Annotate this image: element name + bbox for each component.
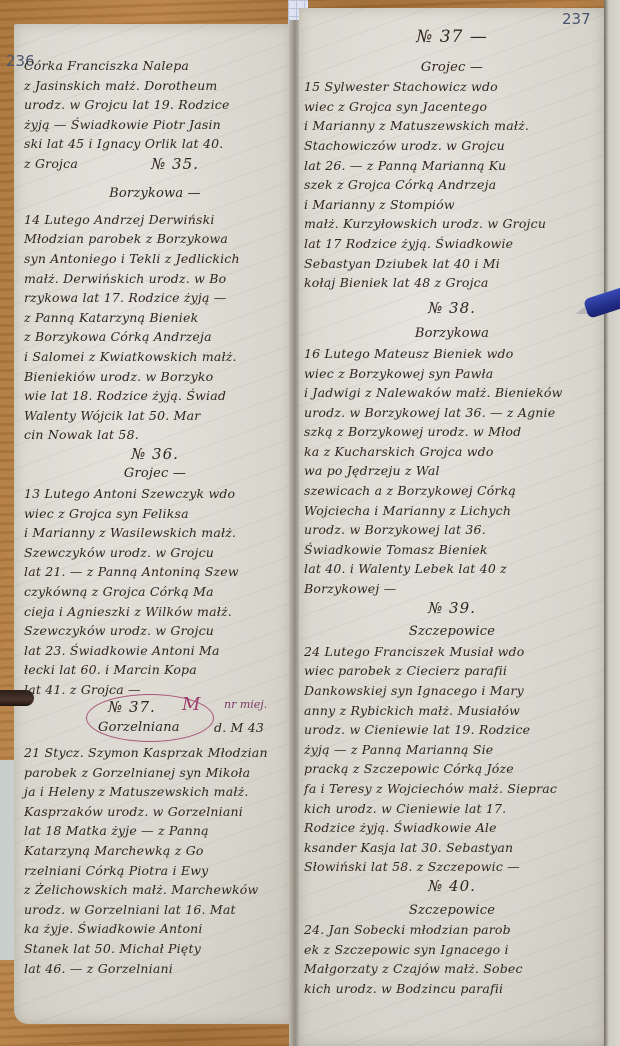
text-line: ja i Heleny z Matuszewskich małż. <box>24 782 286 802</box>
entry-number: № 39. <box>304 599 600 619</box>
entry-number: № 38. <box>304 299 600 319</box>
text-line: czykówną z Grojca Córką Ma <box>24 582 286 602</box>
text-line: lat 18 Matka żyje — z Panną <box>24 821 286 841</box>
text-line: ka żyje. Świadkowie Antoni <box>24 919 286 939</box>
text-line: 13 Lutego Antoni Szewczyk wdo <box>24 484 286 504</box>
text-line: łecki lat 60. i Marcin Kopa <box>24 660 286 680</box>
text-line: Stachowiczów urodz. w Grojcu <box>304 136 600 156</box>
text-line: Borzykowej — <box>304 579 600 599</box>
text-line: ksander Kasja lat 30. Sebastyan <box>304 838 600 858</box>
text-line: cieja i Agnieszki z Wilków małż. <box>24 602 286 622</box>
text-line: kich urodz. w Bodzincu parafii <box>304 979 600 999</box>
text-line: szką z Borzykowej urodz. w Młod <box>304 422 600 442</box>
text-line: z Borzykowa Córką Andrzeja <box>24 327 286 347</box>
text-line: Wojciecha i Marianny z Lichych <box>304 501 600 521</box>
text-line: i Marianny z Wasilewskich małż. <box>24 523 286 543</box>
text-line: małż. Derwińskich urodz. w Bo <box>24 269 286 289</box>
text-line: fa i Teresy z Wojciechów małż. Sieprac <box>304 779 600 799</box>
text-line: Szewczyków urodz. w Grojcu <box>24 543 286 563</box>
text-line: rzykowa lat 17. Rodzice żyją — <box>24 288 286 308</box>
text-line: parobek z Gorzelnianej syn Mikoła <box>24 763 286 783</box>
text-line: szek z Grojca Córką Andrzeja <box>304 175 600 195</box>
side-annotation: nr miej. <box>224 698 267 711</box>
text-line: anny z Rybickich małż. Musiałów <box>304 701 600 721</box>
entry-place: Szczepowice <box>304 901 600 921</box>
text-line: Sebastyan Dziubek lat 40 i Mi <box>304 254 600 274</box>
text-line: lat 17 Rodzice żyją. Świadkowie <box>304 234 600 254</box>
text-line: 21 Stycz. Szymon Kasprzak Młodzian <box>24 743 286 763</box>
text-line: Małgorzaty z Czajów małż. Sobec <box>304 959 600 979</box>
text-line: i Marianny z Stompiów <box>304 195 600 215</box>
text-line: małż. Kurzyłowskich urodz. w Grojcu <box>304 214 600 234</box>
text-line: lat 40. i Walenty Lebek lat 40 z <box>304 559 600 579</box>
text-line: wiec z Borzykowej syn Pawła <box>304 364 600 384</box>
text-line: wie lat 18. Rodzice żyją. Świad <box>24 386 286 406</box>
place-annotation: d. M 43 <box>214 718 264 738</box>
text-line: Kasprzaków urodz. w Gorzelniani <box>24 802 286 822</box>
text-line: 24 Lutego Franciszek Musiał wdo <box>304 642 600 662</box>
text-line: urodz. w Grojcu lat 19. Rodzice <box>24 95 286 115</box>
text-line: Słowiński lat 58. z Szczepowic — <box>304 857 600 877</box>
text-line: urodz. w Gorzelniani lat 16. Mat <box>24 900 286 920</box>
text-line: Dankowskiej syn Ignacego i Mary <box>304 681 600 701</box>
entry-number: № 36. <box>24 445 286 465</box>
text-line: szewicach a z Borzykowej Córką <box>304 481 600 501</box>
text-line: Stanek lat 50. Michał Pięty <box>24 939 286 959</box>
text-line: z Panną Katarzyną Bieniek <box>24 308 286 328</box>
text-line: z Żelichowskich małż. Marchewków <box>24 880 286 900</box>
text-line: żyją — z Panną Marianną Sie <box>304 740 600 760</box>
text-line: rzelniani Córką Piotra i Ewy <box>24 861 286 881</box>
text-line: żyją — Świadkowie Piotr Jasin <box>24 115 286 135</box>
text-line: Młodzian parobek z Borzykowa <box>24 229 286 249</box>
entry-number: № 37. <box>108 698 156 718</box>
text-line: Szewczyków urodz. w Grojcu <box>24 621 286 641</box>
red-annotation-mark: M <box>182 694 200 715</box>
page-number-right: 237 <box>562 10 591 28</box>
text-line: urodz. w Borzykowej lat 36. <box>304 520 600 540</box>
text-line: 24. Jan Sobecki młodzian parob <box>304 920 600 940</box>
page-stack-edge <box>604 0 620 1046</box>
text-line: kich urodz. w Cieniewie lat 17. <box>304 799 600 819</box>
entry-number: № 40. <box>304 877 600 897</box>
text-line: syn Antoniego i Tekli z Jedlickich <box>24 249 286 269</box>
entry-place: Gorzelniana <box>98 718 180 738</box>
text-line: wiec z Grojca syn Feliksa <box>24 504 286 524</box>
text-line: cin Nowak lat 58. <box>24 425 286 445</box>
left-page-text: Córka Franciszka Nalepa z Jasinskich mał… <box>24 56 286 700</box>
text-line: 16 Lutego Mateusz Bieniek wdo <box>304 344 600 364</box>
entry-place: Borzykowa <box>304 324 600 344</box>
text-line: 15 Sylwester Stachowicz wdo <box>304 77 600 97</box>
text-line: Katarzyną Marchewką z Go <box>24 841 286 861</box>
text-line: lat 21. — z Panną Antoniną Szew <box>24 562 286 582</box>
text-line: lat 46. — z Gorzelniani <box>24 959 286 979</box>
text-line: z Jasinskich małż. Dorotheum <box>24 76 286 96</box>
text-line: wiec z Grojca syn Jacentego <box>304 97 600 117</box>
entry-number: № 37 — <box>304 28 600 48</box>
entry-place: Borzykowa — <box>24 184 286 204</box>
text-line: 14 Lutego Andrzej Derwiński <box>24 210 286 230</box>
text-line: ek z Szczepowic syn Ignacego i <box>304 940 600 960</box>
text-line: urodz. w Cieniewie lat 19. Rodzice <box>304 720 600 740</box>
text-line: wiec parobek z Ciecierz parafii <box>304 661 600 681</box>
left-entry-37-text: 21 Stycz. Szymon Kasprzak Młodzian parob… <box>24 743 286 978</box>
text-line: Rodzice żyją. Świadkowie Ale <box>304 818 600 838</box>
text-line: Świadkowie Tomasz Bieniek <box>304 540 600 560</box>
text-line: lat 23. Świadkowie Antoni Ma <box>24 641 286 661</box>
entry-place: Szczepowice <box>304 622 600 642</box>
text-line: i Marianny z Matuszewskich małż. <box>304 116 600 136</box>
text-line: wa po Jędrzeju z Wal <box>304 461 600 481</box>
text-line: i Jadwigi z Nalewaków małż. Bienieków <box>304 383 600 403</box>
text-line: Córka Franciszka Nalepa <box>24 56 286 76</box>
right-page-text: № 37 — Grojec — 15 Sylwester Stachowicz … <box>304 28 600 999</box>
text-line: Bieniekiów urodz. w Borzyko <box>24 367 286 387</box>
text-line: pracką z Szczepowic Córką Józe <box>304 759 600 779</box>
text-line: Walenty Wójcik lat 50. Mar <box>24 406 286 426</box>
text-line: i Salomei z Kwiatkowskich małż. <box>24 347 286 367</box>
entry-place: Grojec — <box>304 58 600 78</box>
text-line: kołaj Bieniek lat 48 z Grojca <box>304 273 600 293</box>
text-line: lat 26. — z Panną Marianną Ku <box>304 156 600 176</box>
text-line: ski lat 45 i Ignacy Orlik lat 40. <box>24 134 286 154</box>
text-line: ka z Kucharskich Grojca wdo <box>304 442 600 462</box>
entry-place: Grojec — <box>24 464 286 484</box>
text-line: urodz. w Borzykowej lat 36. — z Agnie <box>304 403 600 423</box>
